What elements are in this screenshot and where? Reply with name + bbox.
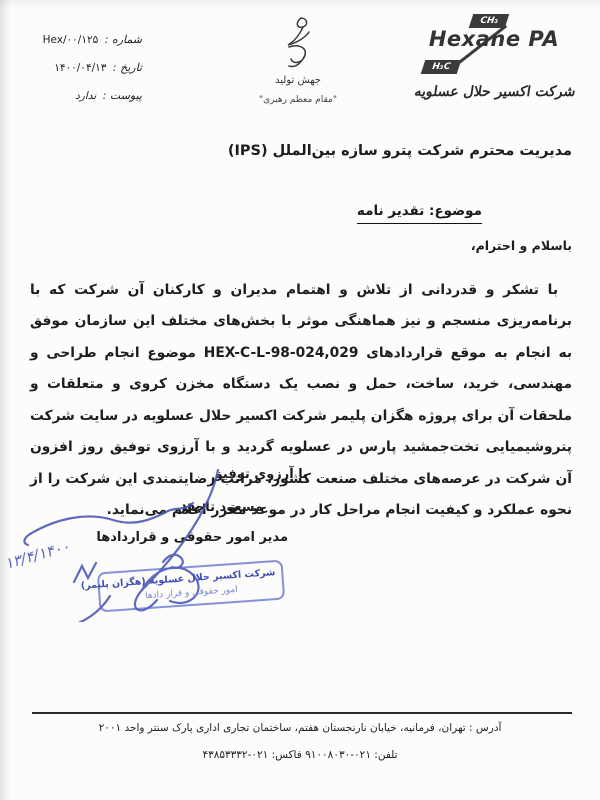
signatory-title: مدیر امور حقوقی و قراردادها [96,530,288,545]
meta-attachment: پیوست : ندارد [22,82,142,110]
hexane-logo-mark: CH₃ Hexane PA H₃C [419,14,569,76]
salutation-line: باسلام و احترام، [471,238,572,253]
bismillah-calligraphy-icon [280,14,316,70]
subject-line: موضوع: تقدیر نامه [357,203,482,224]
closing-line: با آرزوی توفیق [211,467,308,482]
meta-date-value: ۱۴۰۰/۰۴/۱۳ [54,55,106,82]
footer-divider [32,712,572,714]
emblem-slogan: جهش تولید [250,75,346,86]
emblem-attribution: "مقام معظم رهبری" [250,95,346,105]
meta-attachment-label: پیوست : [103,89,142,102]
letter-meta: شماره : Hex/۰۰/۱۲۵ تاریخ : ۱۴۰۰/۰۴/۱۳ پی… [22,26,142,110]
letter-body: با تشکر و قدردانی از تلاش و اهتمام مدیرا… [30,275,572,527]
logo-wordmark: Hexane PA [421,27,567,51]
meta-number-label: شماره : [105,33,142,46]
meta-date: تاریخ : ۱۴۰۰/۰۴/۱۳ [22,54,142,82]
meta-number-value: Hex/۰۰/۱۲۵ [43,27,99,54]
meta-number: شماره : Hex/۰۰/۱۲۵ [22,26,142,54]
handwritten-date: ۱۳/۴/۱۴۰۰ [3,537,72,573]
company-name-farsi: شرکت اکسیر حلال عسلویه [409,84,579,100]
company-stamp: شرکت اکسیر حلال عسلویه (هگزان پلیمر) امو… [97,560,285,613]
meta-attachment-value: ندارد [75,83,96,110]
signatory-name: مسعود تاجفر [178,500,263,515]
footer-phone-fax: تلفن: ۰۲۱-۹۱۰۰۸۰۳۰ فاکس: ۰۲۱-۴۳۸۵۳۳۳۲ [0,749,600,761]
header-emblem: جهش تولید "مقام معظم رهبری" [250,14,346,105]
meta-date-label: تاریخ : [113,61,142,74]
footer-address: آدرس : تهران، فرمانیه، خیابان نارنجستان … [0,722,600,734]
company-logo: CH₃ Hexane PA H₃C شرکت اکسیر حلال عسلویه [410,14,578,100]
h3c-formula-badge: H₃C [421,60,462,74]
ch3-formula-badge: CH₃ [469,14,510,28]
letter-page: شماره : Hex/۰۰/۱۲۵ تاریخ : ۱۴۰۰/۰۴/۱۳ پی… [0,0,600,800]
addressee-line: مدیریت محترم شرکت پترو سازه بین‌الملل (I… [228,143,572,159]
